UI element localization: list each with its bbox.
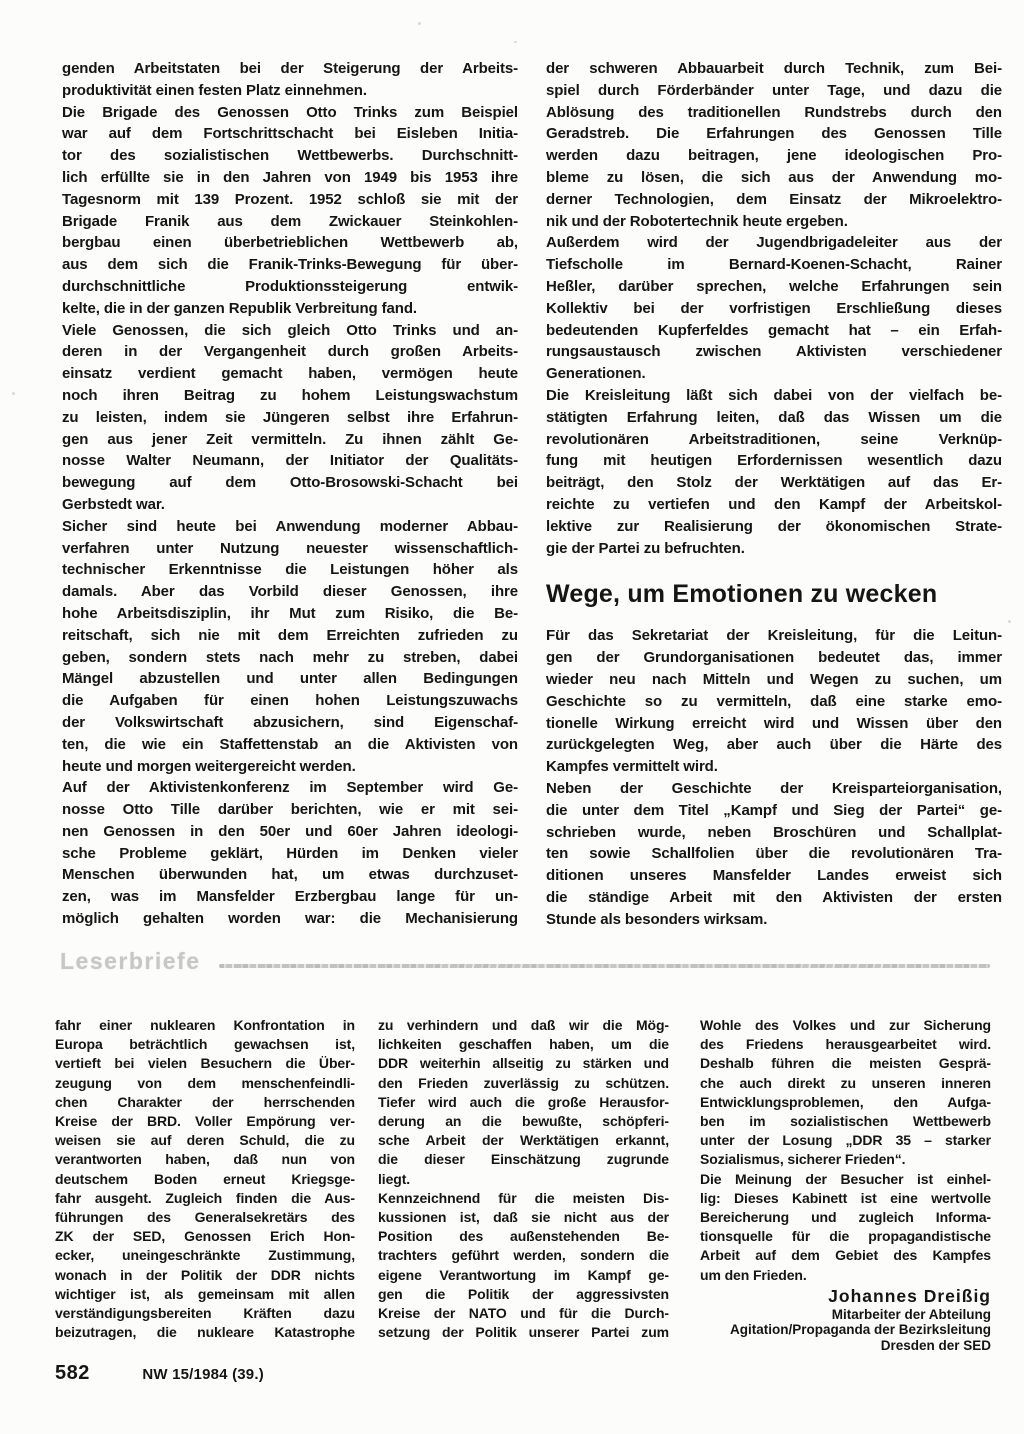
text-line: aus dem sich die Franik-Trinks-Bewegung … (62, 254, 518, 276)
text-line: beiträgt, den Stolz der Werktätigen auf … (546, 472, 1002, 494)
text-line: vertieft bei vielen Besuchern die Über- (55, 1054, 355, 1073)
article-body: genden Arbeitstaten bei der Steigerung d… (62, 58, 1002, 930)
letters-section-label: Leserbriefe (60, 948, 201, 975)
paragraph: Kennzeichnend für die meisten Dis-kussio… (378, 1189, 669, 1343)
text-line: tor des sozialistischen Wettbewerbs. Dur… (62, 145, 518, 167)
text-line: Kennzeichnend für die meisten Dis- (378, 1189, 669, 1208)
scan-speck (514, 41, 517, 43)
text-line: Position des außenstehenden Be- (378, 1227, 669, 1246)
signature-role-3: Dresden der SED (700, 1338, 991, 1354)
text-line: lig: Dieses Kabinett ist eine wertvolle (700, 1189, 991, 1208)
text-line: Arbeit auf dem Gebiet des Kampfes (700, 1246, 991, 1265)
issue-label: NW 15/1984 (39.) (142, 1366, 264, 1383)
text-line: Tiefer wird auch die große Herausfor- (378, 1093, 669, 1112)
text-line: Gerbstedt war. (62, 494, 518, 516)
text-line: sche Probleme geklärt, Hürden im Denken … (62, 843, 518, 865)
letter-column-3: Wohle des Volkes und zur Sicherungdes Fr… (700, 1016, 991, 1353)
text-line: Ablösung des traditionellen Rundstrebs d… (546, 102, 1002, 124)
text-line: werden dazu beitragen, jene ideologische… (546, 145, 1002, 167)
text-line: Geradstreb. Die Erfahrungen des Genossen… (546, 123, 1002, 145)
text-line: kussionen ist, daß sie nicht aus der (378, 1208, 669, 1227)
text-line: führungen des Generalsekretärs des (55, 1208, 355, 1227)
scan-speck (1008, 620, 1011, 623)
text-line: die Aufgaben für einen hohen Leistungszu… (62, 690, 518, 712)
text-line: möglich gehalten worden war: die Mechani… (62, 908, 518, 930)
text-line: heute und morgen weitergereicht werden. (62, 756, 518, 778)
text-line: Deshalb führen die meisten Gesprä- (700, 1054, 991, 1073)
text-line: bedeutenden Kupferfeldes gemacht hat – e… (546, 320, 1002, 342)
text-line: Stunde als besonders wirksam. (546, 909, 1002, 931)
paragraph: Die Kreisleitung läßt sich dabei von der… (546, 385, 1002, 559)
letter-column-1: fahr einer nuklearen Konfrontation inEur… (55, 1016, 355, 1342)
text-line: damals. Aber das Vorbild dieser Genossen… (62, 581, 518, 603)
text-line: den Frieden zuverlässig zu schützen. (378, 1074, 669, 1093)
text-line: beizutragen, die nukleare Katastrophe (55, 1323, 355, 1342)
text-line: verantworten haben, daß nun von (55, 1150, 355, 1169)
text-line: genden Arbeitstaten bei der Steigerung d… (62, 58, 518, 80)
text-line: stätigten Erfahrung leiten, daß das Wiss… (546, 407, 1002, 429)
text-line: spiel durch Förderbänder unter Tage, und… (546, 80, 1002, 102)
text-line: produktivität einen festen Platz einnehm… (62, 80, 518, 102)
text-line: Sozialismus, sicherer Frieden“. (700, 1150, 991, 1169)
text-line: Tagesnorm mit 139 Prozent. 1952 schloß s… (62, 189, 518, 211)
text-line: DDR weiterhin allseitig zu stärken und (378, 1054, 669, 1073)
text-line: ZK der SED, Genossen Erich Hon- (55, 1227, 355, 1246)
text-line: tionsquelle für die propagandistische (700, 1227, 991, 1246)
scan-speck (418, 22, 421, 25)
text-line: Für das Sekretariat der Kreisleitung, fü… (546, 625, 1002, 647)
text-line: Auf der Aktivistenkonferenz im September… (62, 777, 518, 799)
text-line: Mängel abzustellen und unter allen Bedin… (62, 668, 518, 690)
text-line: lichkeiten geschaffen haben, um die (378, 1035, 669, 1054)
text-line: der schweren Abbauarbeit durch Technik, … (546, 58, 1002, 80)
text-line: Heßler, darüber sprechen, welche Erfahru… (546, 276, 1002, 298)
text-line: Menschen überwunden hat, um etwas durchz… (62, 864, 518, 886)
text-line: deutschem Boden erneut Kriegsge- (55, 1170, 355, 1189)
text-line: revolutionären Arbeitstraditionen, seine… (546, 429, 1002, 451)
paragraph: Die Brigade des Genossen Otto Trinks zum… (62, 102, 518, 320)
text-line: setzung der Politik unserer Partei zum (378, 1323, 669, 1342)
text-line: Neben der Geschichte der Kreisparteiorga… (546, 778, 1002, 800)
text-line: Brigade Franik aus dem Zwickauer Steinko… (62, 211, 518, 233)
magazine-page: genden Arbeitstaten bei der Steigerung d… (0, 0, 1024, 1434)
text-line: die ständige Arbeit mit den Aktivisten d… (546, 887, 1002, 909)
text-line: bergbau einen überbetrieblichen Wettbewe… (62, 232, 518, 254)
page-number: 582 (55, 1362, 90, 1384)
text-line: deren in der Vergangenheit durch großen … (62, 341, 518, 363)
paragraph: zu verhindern und daß wir die Mög-lichke… (378, 1016, 669, 1189)
signature-name: Johannes Dreißig (700, 1286, 991, 1307)
text-line: ecker, uneingeschränkte Zustimmung, (55, 1246, 355, 1265)
text-line: noch ihren Beitrag zu hohem Leistungswac… (62, 385, 518, 407)
signature-role-2: Agitation/Propaganda der Bezirksleitung (700, 1322, 991, 1338)
text-line: nosse Otto Tille darüber berichten, wie … (62, 799, 518, 821)
paragraph: Für das Sekretariat der Kreisleitung, fü… (546, 625, 1002, 778)
text-line: gen der Grundorganisationen bedeutet das… (546, 647, 1002, 669)
paragraph: Wohle des Volkes und zur Sicherungdes Fr… (700, 1016, 991, 1170)
letters-section-header: Leserbriefe (60, 948, 990, 975)
paragraph: Außerdem wird der Jugendbrigadeleiter au… (546, 232, 1002, 385)
article-column-right: der schweren Abbauarbeit durch Technik, … (546, 58, 1002, 930)
text-line: der Volkswirtschaft abzusichern, sind Ei… (62, 712, 518, 734)
text-line: zu leisten, indem sie Jüngeren selbst ih… (62, 407, 518, 429)
text-line: ten sowie Schallfolien über die revoluti… (546, 843, 1002, 865)
text-line: che auch direkt zu unseren inneren (700, 1074, 991, 1093)
text-line: geben, sondern stets nach mehr zu strebe… (62, 647, 518, 669)
text-line: Die Meinung der Besucher ist einhel- (700, 1170, 991, 1189)
letter-signature: Johannes Dreißig Mitarbeiter der Abteilu… (700, 1286, 991, 1354)
text-line: Europa beträchtlich gewachsen ist, (55, 1035, 355, 1054)
text-line: Generationen. (546, 363, 1002, 385)
text-line: hohe Arbeitsdisziplin, ihr Mut zum Risik… (62, 603, 518, 625)
text-line: verfahren unter Nutzung neuester wissens… (62, 538, 518, 560)
text-line: zen, was im Mansfelder Erzbergbau lange … (62, 886, 518, 908)
text-line: fahr ausgeht. Zugleich finden die Aus- (55, 1189, 355, 1208)
paragraph: Neben der Geschichte der Kreisparteiorga… (546, 778, 1002, 931)
text-line: Außerdem wird der Jugendbrigadeleiter au… (546, 232, 1002, 254)
text-line: wonach in der Politik der DDR nichts (55, 1266, 355, 1285)
text-line: die dieser Einschätzung zugrunde (378, 1150, 669, 1169)
section-heading: Wege, um Emotionen zu wecken (546, 580, 1002, 608)
text-line: einsatz verdient gemacht haben, vermögen… (62, 363, 518, 385)
text-line: derung an die bewußte, schöpferi- (378, 1112, 669, 1131)
text-line: Die Kreisleitung läßt sich dabei von der… (546, 385, 1002, 407)
text-line: wieder neu nach Mitteln und Wegen zu suc… (546, 669, 1002, 691)
text-line: nosse Walter Neumann, der Initiator der … (62, 450, 518, 472)
text-line: bleme zu lösen, die sich aus der Anwendu… (546, 167, 1002, 189)
article-column-right-lower: Für das Sekretariat der Kreisleitung, fü… (546, 625, 1002, 930)
text-line: Wohle des Volkes und zur Sicherung (700, 1016, 991, 1035)
text-line: schrieben wurde, neben Broschüren und Sc… (546, 822, 1002, 844)
text-line: gen aus jener Zeit vermitteln. Zu ihnen … (62, 429, 518, 451)
text-line: Die Brigade des Genossen Otto Trinks zum… (62, 102, 518, 124)
text-line: die unter dem Titel „Kampf und Sieg der … (546, 800, 1002, 822)
text-line: nen Genossen in den 50er und 60er Jahren… (62, 821, 518, 843)
paragraph: der schweren Abbauarbeit durch Technik, … (546, 58, 1002, 232)
signature-role-1: Mitarbeiter der Abteilung (700, 1307, 991, 1323)
text-line: trachters geführt werden, sondern die (378, 1246, 669, 1265)
text-line: ditionen unseres Mansfelder Landes erwei… (546, 865, 1002, 887)
article-column-left: genden Arbeitstaten bei der Steigerung d… (62, 58, 518, 930)
paragraph: fahr einer nuklearen Konfrontation inEur… (55, 1016, 355, 1342)
text-line: des Friedens herausgearbeitet wird. (700, 1035, 991, 1054)
text-line: sche Arbeit der Werktätigen erkannt, (378, 1131, 669, 1150)
text-line: gen die Politik der aggressivsten (378, 1285, 669, 1304)
text-line: Kreise der BRD. Voller Empörung ver- (55, 1112, 355, 1131)
text-line: fung mit heutigen Erfordernissen wesentl… (546, 450, 1002, 472)
article-column-right-upper: der schweren Abbauarbeit durch Technik, … (546, 58, 1002, 559)
paragraph: Sicher sind heute bei Anwendung moderner… (62, 516, 518, 778)
text-line: wichtiger ist, als gemeinsam mit allen (55, 1285, 355, 1304)
text-line: bewegung auf dem Otto-Brosowski-Schacht … (62, 472, 518, 494)
text-line: chen Charakter der herrschenden (55, 1093, 355, 1112)
text-line: rungsaustausch zwischen Aktivisten versc… (546, 341, 1002, 363)
letter-column-2: zu verhindern und daß wir die Mög-lichke… (378, 1016, 669, 1342)
text-line: liegt. (378, 1170, 669, 1189)
text-line: lich erfüllte sie in den Jahren von 1949… (62, 167, 518, 189)
text-line: zurückgelegten Weg, aber auch über die H… (546, 734, 1002, 756)
paragraph: genden Arbeitstaten bei der Steigerung d… (62, 58, 518, 102)
text-line: Geschichte so zu vermitteln, daß eine st… (546, 691, 1002, 713)
divider-line (219, 964, 990, 968)
text-line: ben im sozialistischen Wettbewerb (700, 1112, 991, 1131)
text-line: zu verhindern und daß wir die Mög- (378, 1016, 669, 1035)
text-line: tionelle Wirkung erreicht wird und Wisse… (546, 713, 1002, 735)
scan-speck (12, 392, 15, 395)
text-line: weisen sie auf deren Schuld, die zu (55, 1131, 355, 1150)
text-line: verständigungsbereiten Kräften dazu (55, 1304, 355, 1323)
page-footer: 582 NW 15/1984 (39.) (55, 1362, 264, 1385)
text-line: zeugung von dem menschenfeindli- (55, 1074, 355, 1093)
paragraph: Die Meinung der Besucher ist einhel-lig:… (700, 1170, 991, 1285)
text-line: nik und der Robotertechnik heute ergeben… (546, 211, 1002, 233)
text-line: Sicher sind heute bei Anwendung moderner… (62, 516, 518, 538)
text-line: ten, die wie ein Staffettenstab an die A… (62, 734, 518, 756)
text-line: technischer Erkenntnisse die Leistungen … (62, 559, 518, 581)
text-line: durchschnittliche Produktionssteigerung … (62, 276, 518, 298)
text-line: Bereicherung und zugleich Informa- (700, 1208, 991, 1227)
text-line: Kollektiv bei der vorfristigen Erschließ… (546, 298, 1002, 320)
text-line: derner Technologien, dem Einsatz der Mik… (546, 189, 1002, 211)
text-line: Viele Genossen, die sich gleich Otto Tri… (62, 320, 518, 342)
text-line: Entwicklungsproblemen, den Aufga- (700, 1093, 991, 1112)
paragraph: Viele Genossen, die sich gleich Otto Tri… (62, 320, 518, 516)
text-line: gie der Partei zu befruchten. (546, 538, 1002, 560)
text-line: Kreise der NATO und für die Durch- (378, 1304, 669, 1323)
text-line: lektive zur Realisierung der ökonomische… (546, 516, 1002, 538)
text-line: Kampfes vermittelt wird. (546, 756, 1002, 778)
text-line: Tiefscholle im Bernard-Koenen-Schacht, R… (546, 254, 1002, 276)
text-line: um den Frieden. (700, 1266, 991, 1285)
letter-column-3-text: Wohle des Volkes und zur Sicherungdes Fr… (700, 1016, 991, 1285)
text-line: reichte zu vertiefen und den Kampf der A… (546, 494, 1002, 516)
text-line: fahr einer nuklearen Konfrontation in (55, 1016, 355, 1035)
text-line: reitschaft, sich nie mit dem Erreichten … (62, 625, 518, 647)
paragraph: Auf der Aktivistenkonferenz im September… (62, 777, 518, 930)
text-line: eigene Verantwortung im Kampf ge- (378, 1266, 669, 1285)
text-line: war auf dem Fortschrittschacht bei Eisle… (62, 123, 518, 145)
text-line: kelte, die in der ganzen Republik Verbre… (62, 298, 518, 320)
text-line: unter der Losung „DDR 35 – starker (700, 1131, 991, 1150)
